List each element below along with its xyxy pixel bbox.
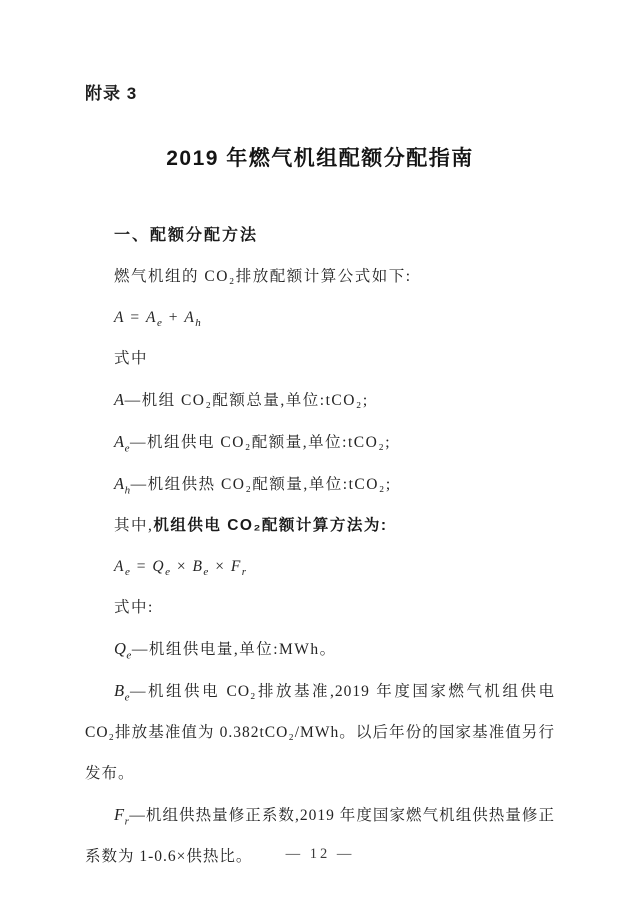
variable-symbol-be: Be — [114, 681, 130, 700]
where-label-1: 式中 — [85, 338, 555, 379]
definition-fr: Fr—机组供热量修正系数,2019 年度国家燃气机组供热量修正系数为 1-0.6… — [85, 794, 555, 877]
method-intro-bold: 机组供电 CO₂配额计算方法为: — [153, 517, 387, 534]
definition-be: Be—机组供电 CO₂排放基准,2019 年度国家燃气机组供电 CO₂排放基准值… — [85, 670, 555, 794]
definition-be-text: —机组供电 CO₂排放基准,2019 年度国家燃气机组供电 CO₂排放基准值为 … — [85, 683, 555, 782]
definition-qe: Qe—机组供电量,单位:MWh。 — [85, 628, 555, 670]
variable-symbol-ae: Ae — [114, 432, 130, 451]
definition-ah-text: —机组供热 CO₂配额量,单位:tCO₂; — [131, 476, 392, 493]
page-number: — 12 — — [0, 846, 640, 863]
appendix-label: 附录 3 — [85, 82, 555, 106]
method-intro-prefix: 其中, — [114, 517, 153, 534]
definition-qe-text: —机组供电量,单位:MWh。 — [132, 641, 337, 658]
definition-ae: Ae—机组供电 CO₂配额量,单位:tCO₂; — [85, 421, 555, 463]
where-label-2: 式中: — [85, 587, 555, 628]
definition-a: A—机组 CO₂配额总量,单位:tCO₂; — [85, 379, 555, 421]
method-intro: 其中,机组供电 CO₂配额计算方法为: — [85, 505, 555, 546]
definition-ah: Ah—机组供热 CO₂配额量,单位:tCO₂; — [85, 463, 555, 505]
document-title: 2019 年燃气机组配额分配指南 — [85, 144, 555, 174]
intro-text: 燃气机组的 CO₂排放配额计算公式如下: — [85, 256, 555, 297]
document-page: 附录 3 2019 年燃气机组配额分配指南 一、配额分配方法 燃气机组的 CO₂… — [0, 0, 640, 905]
variable-symbol-fr: Fr — [114, 805, 129, 824]
formula-electricity-allocation: Ae = Qe × Be × Fr — [85, 546, 555, 587]
variable-symbol-a: A — [114, 390, 125, 409]
definition-a-text: —机组 CO₂配额总量,单位:tCO₂; — [125, 392, 369, 409]
formula-total-allocation: A = Ae + Ah — [85, 297, 555, 338]
definition-ae-text: —机组供电 CO₂配额量,单位:tCO₂; — [130, 434, 391, 451]
variable-symbol-qe: Qe — [114, 639, 132, 658]
variable-symbol-ah: Ah — [114, 474, 131, 493]
section-heading: 一、配额分配方法 — [85, 216, 555, 256]
